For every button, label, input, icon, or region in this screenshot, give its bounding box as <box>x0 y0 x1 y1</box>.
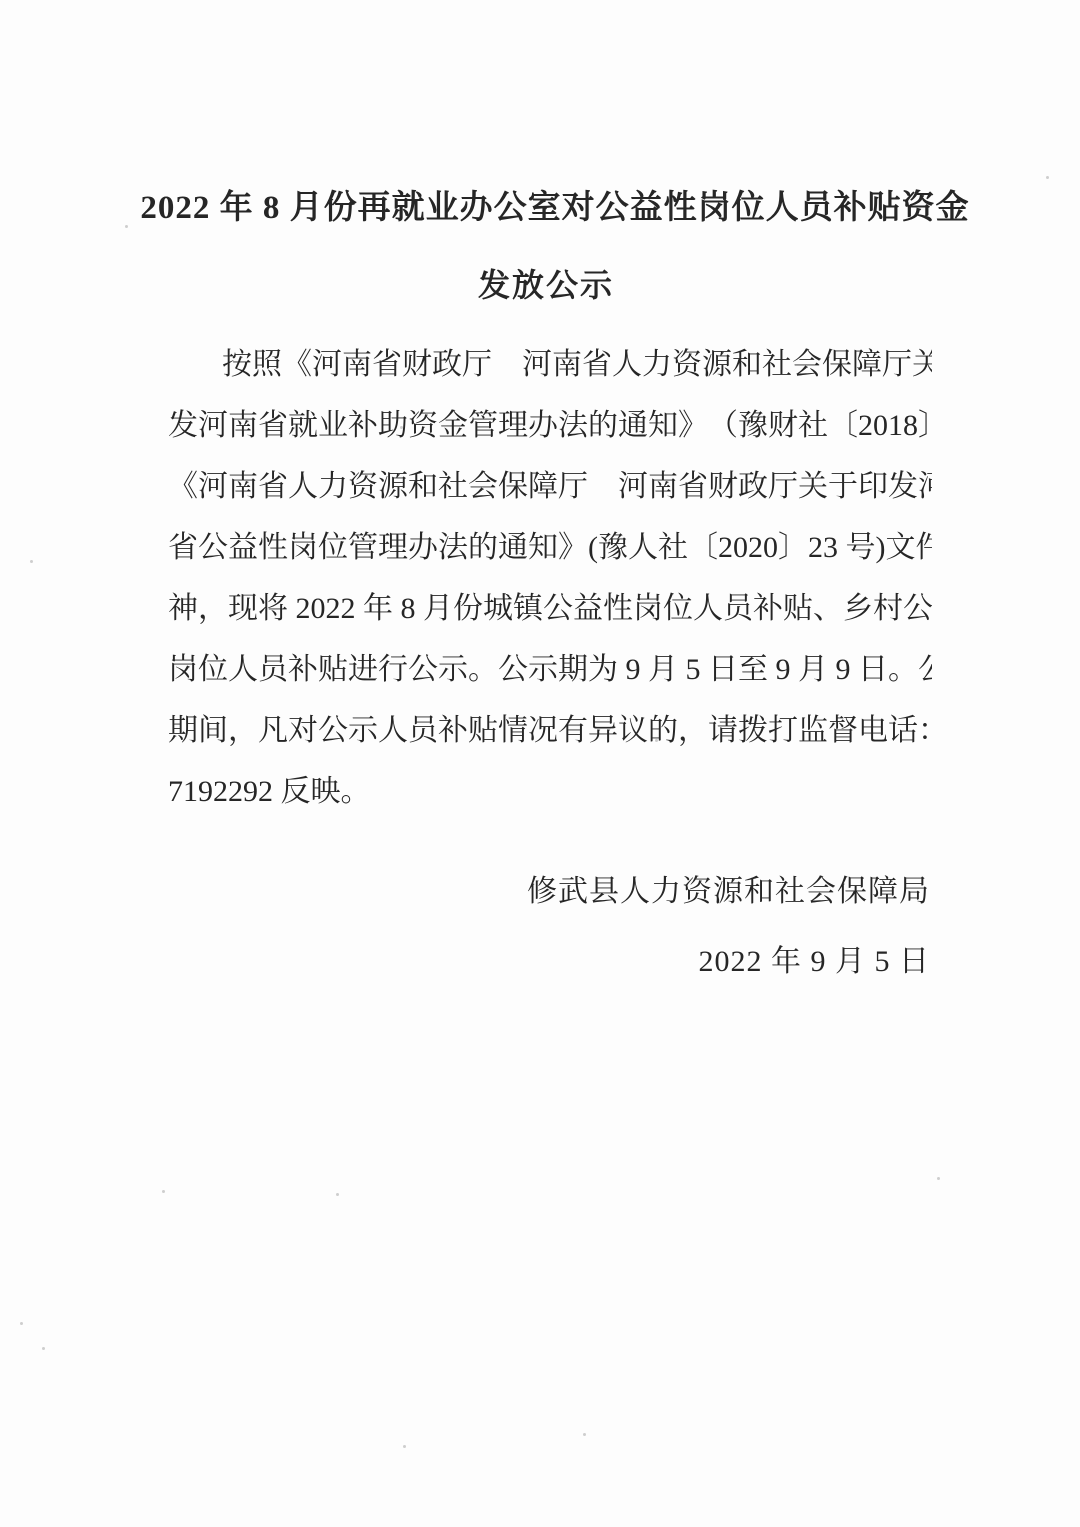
scan-speck <box>30 560 33 563</box>
scan-speck <box>42 1347 45 1350</box>
scan-speck <box>1046 176 1049 179</box>
scan-speck <box>336 1193 339 1196</box>
scan-speck <box>20 1322 23 1325</box>
document-date: 2022 年 9 月 5 日 <box>699 942 931 982</box>
body-line: 省公益性岗位管理办法的通知》(豫人社〔2020〕23 号)文件精 <box>168 517 932 578</box>
body-line: 岗位人员补贴进行公示。公示期为 9 月 5 日至 9 月 9 日。公示 <box>168 639 932 700</box>
body-line: 7192292 反映。 <box>168 761 932 822</box>
body-line: 期间，凡对公示人员补贴情况有异议的，请拨打监督电话：（0391） <box>168 700 932 761</box>
scan-speck <box>162 1190 165 1193</box>
document-title: 2022 年 8 月份再就业办公室对公益性岗位人员补贴资金 <box>30 186 1080 230</box>
scan-speck <box>403 1445 406 1448</box>
document-subtitle: 发放公示 <box>12 263 1080 307</box>
document-page: 2022 年 8 月份再就业办公室对公益性岗位人员补贴资金 发放公示 按照《河南… <box>0 0 1080 1527</box>
scan-speck <box>583 1433 586 1436</box>
issuing-authority: 修武县人力资源和社会保障局 <box>527 872 930 912</box>
scan-speck <box>125 225 128 228</box>
body-line: 发河南省就业补助资金管理办法的通知》（豫财社〔2018〕8 号）、 <box>168 395 932 456</box>
scan-speck <box>937 1177 940 1180</box>
body-line: 神，现将 2022 年 8 月份城镇公益性岗位人员补贴、乡村公益性 <box>168 578 932 639</box>
document-body-paragraph: 按照《河南省财政厅 河南省人力资源和社会保障厅关于印发河南省就业补助资金管理办法… <box>168 334 932 822</box>
body-line: 《河南省人力资源和社会保障厅 河南省财政厅关于印发河南 <box>168 456 932 517</box>
scan-speck <box>400 426 403 429</box>
body-line: 按照《河南省财政厅 河南省人力资源和社会保障厅关于印 <box>168 334 932 395</box>
scan-speck <box>655 739 658 742</box>
